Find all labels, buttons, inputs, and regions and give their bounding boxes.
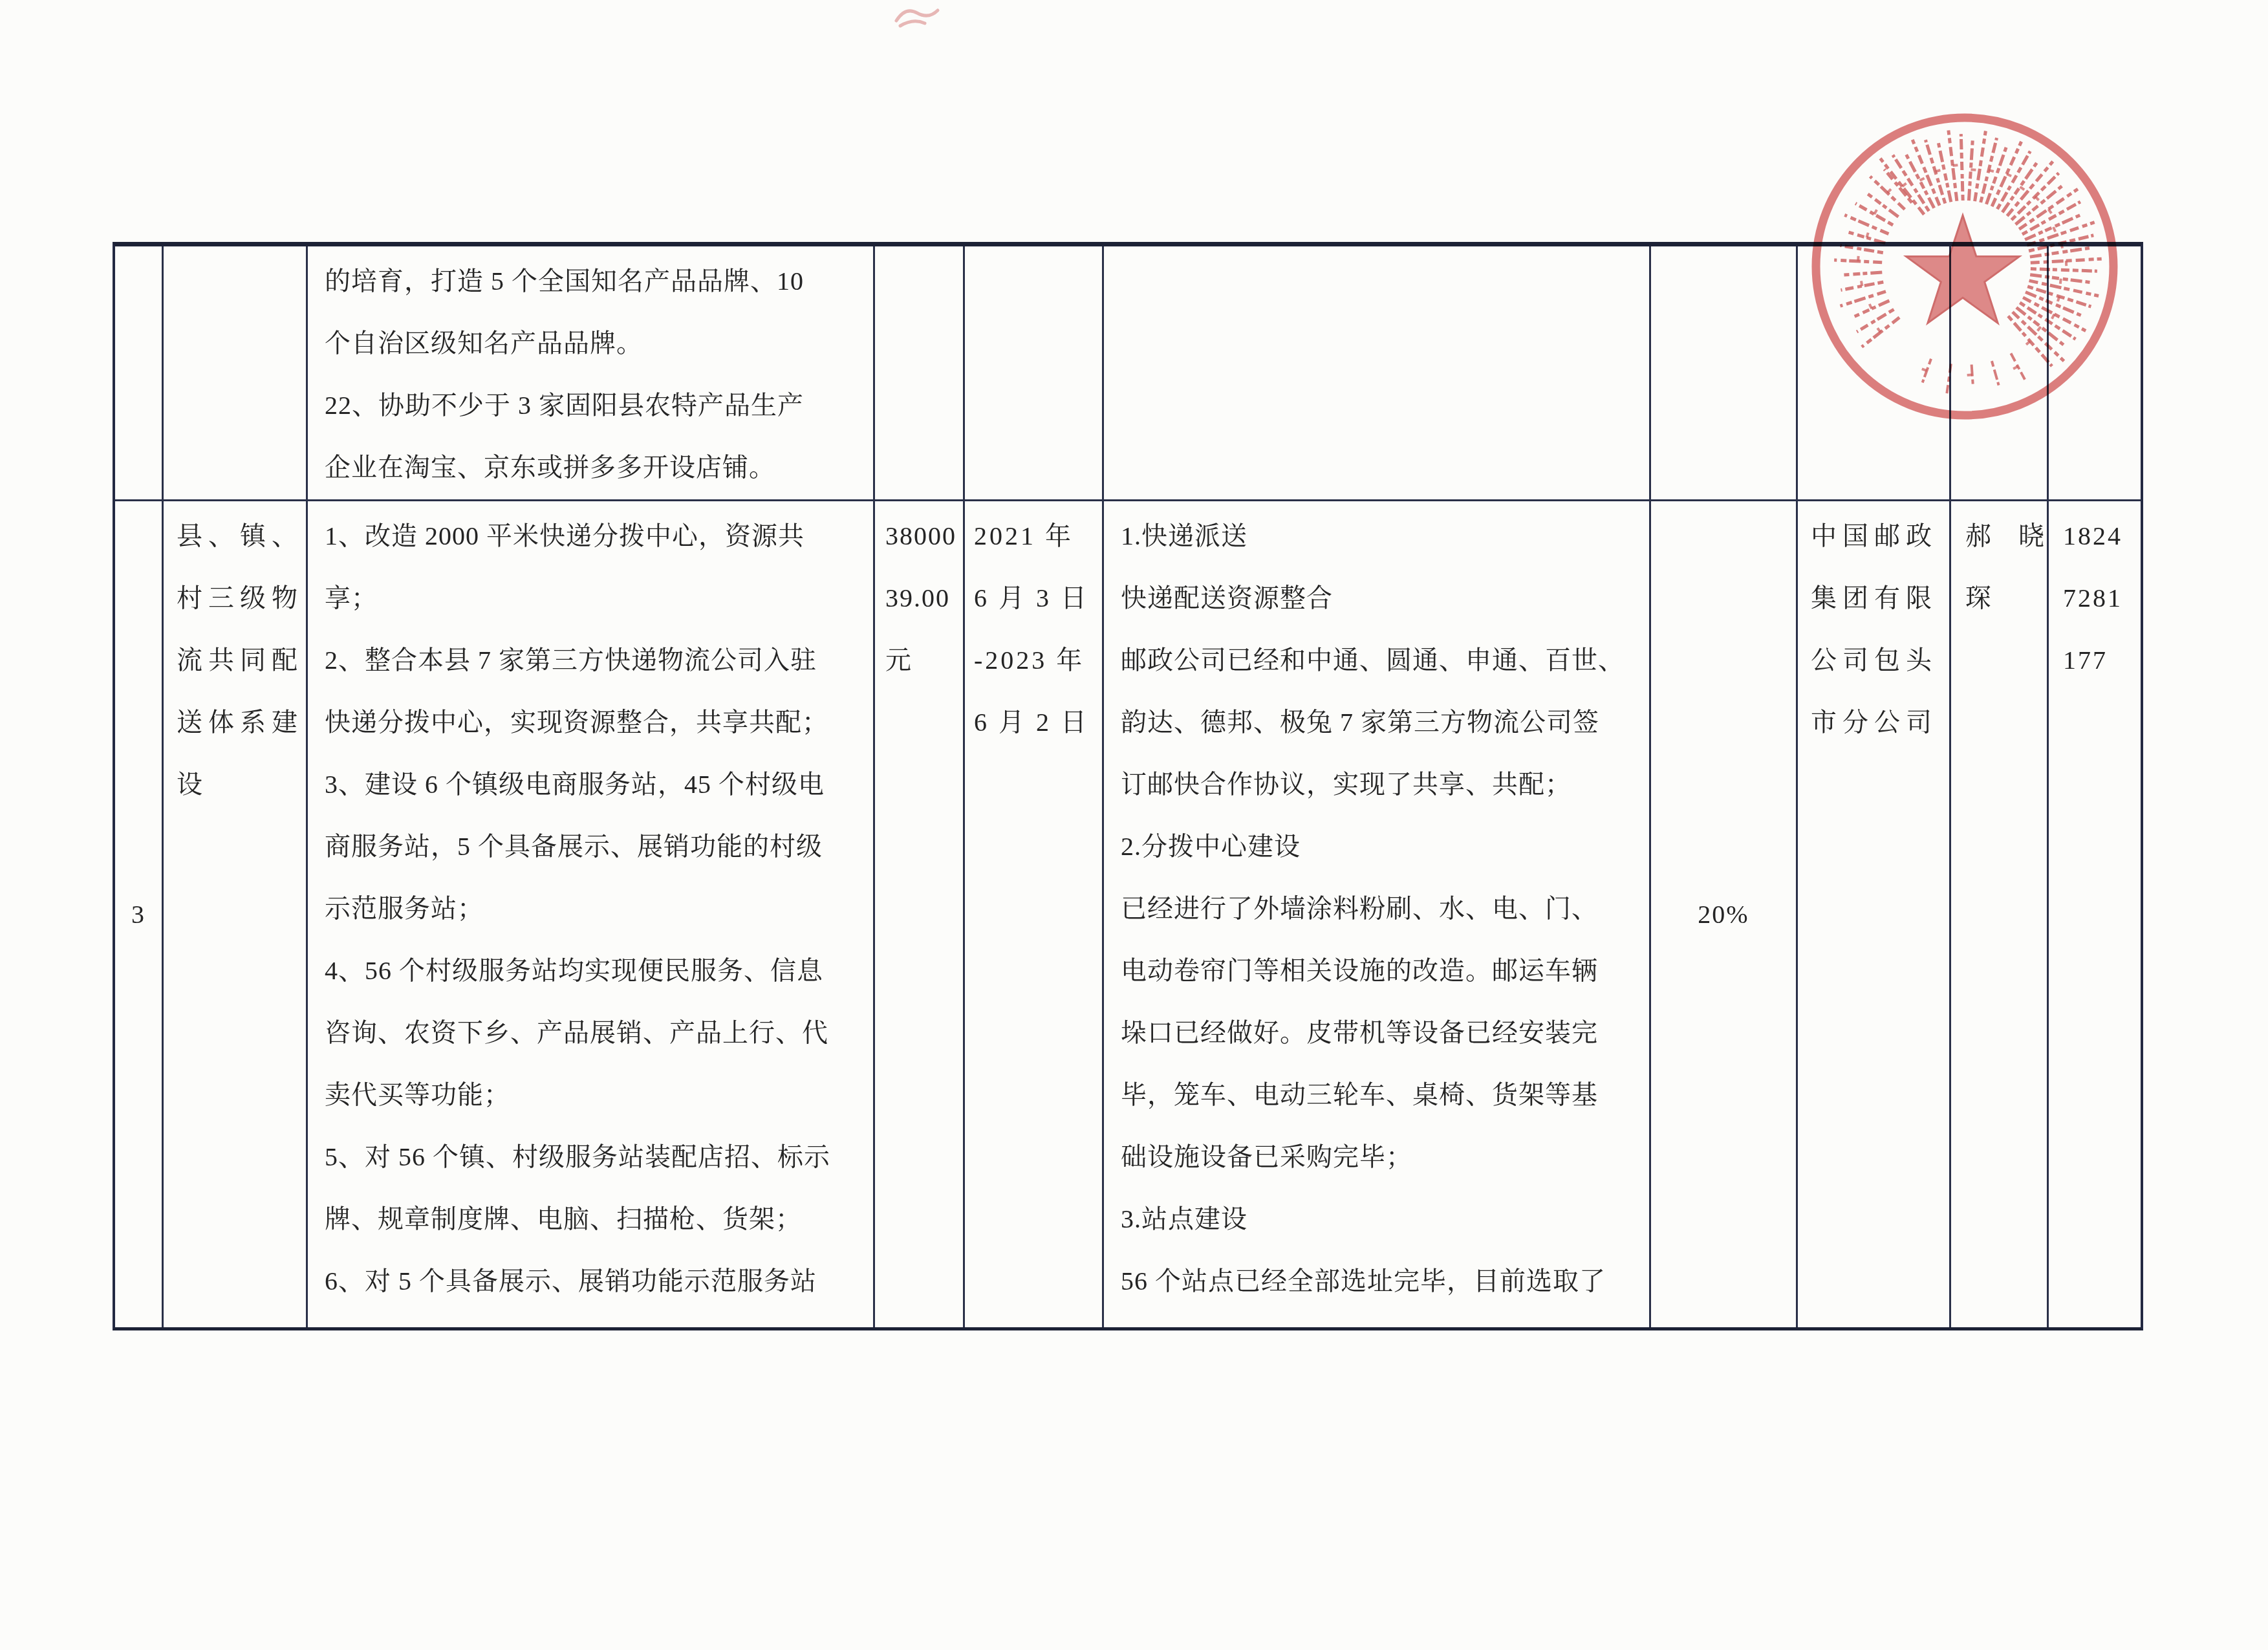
cell-serial-number: 3 <box>115 501 164 1327</box>
cell-funds: 3800039.00元 <box>875 501 965 1327</box>
cell-project-name-cont <box>164 246 308 501</box>
cell-key-tasks-cont: 的培育，打造 5 个全国知名产品品牌、10个自治区级知名产品品牌。22、协助不少… <box>308 246 875 501</box>
cell-progress: 1.快递派送快递配送资源整合邮政公司已经和中通、圆通、申通、百世、韵达、德邦、极… <box>1104 501 1651 1327</box>
scanned-report-page: 的培育，打造 5 个全国知名产品品牌、10个自治区级知名产品品牌。22、协助不少… <box>0 0 2268 1650</box>
cell-project-name: 县、镇、村三级物流共同配送体系建设 <box>164 501 308 1327</box>
cell-completion-percent: 20% <box>1651 501 1798 1327</box>
cell-timeframe: 2021 年6 月 3 日-2023 年6 月 2 日 <box>965 501 1104 1327</box>
cell-serial-number-cont <box>115 246 164 501</box>
cell-responsible-person: 郝 晓琛 <box>1951 501 2049 1327</box>
cell-key-tasks: 1、改造 2000 平米快递分拨中心，资源共享；2、整合本县 7 家第三方快递物… <box>308 501 875 1327</box>
cell-timeframe-cont <box>965 246 1104 501</box>
official-seal <box>1793 95 2136 438</box>
cell-completion-percent-cont <box>1651 246 1798 501</box>
cell-progress-cont <box>1104 246 1651 501</box>
cell-contact-phone: 18247281177 <box>2049 501 2141 1327</box>
stray-ink-mark <box>891 1 943 34</box>
star-icon <box>1906 215 2020 323</box>
cell-funds-cont <box>875 246 965 501</box>
cell-responsible-unit: 中国邮政集团有限公司包头市分公司 <box>1798 501 1951 1327</box>
